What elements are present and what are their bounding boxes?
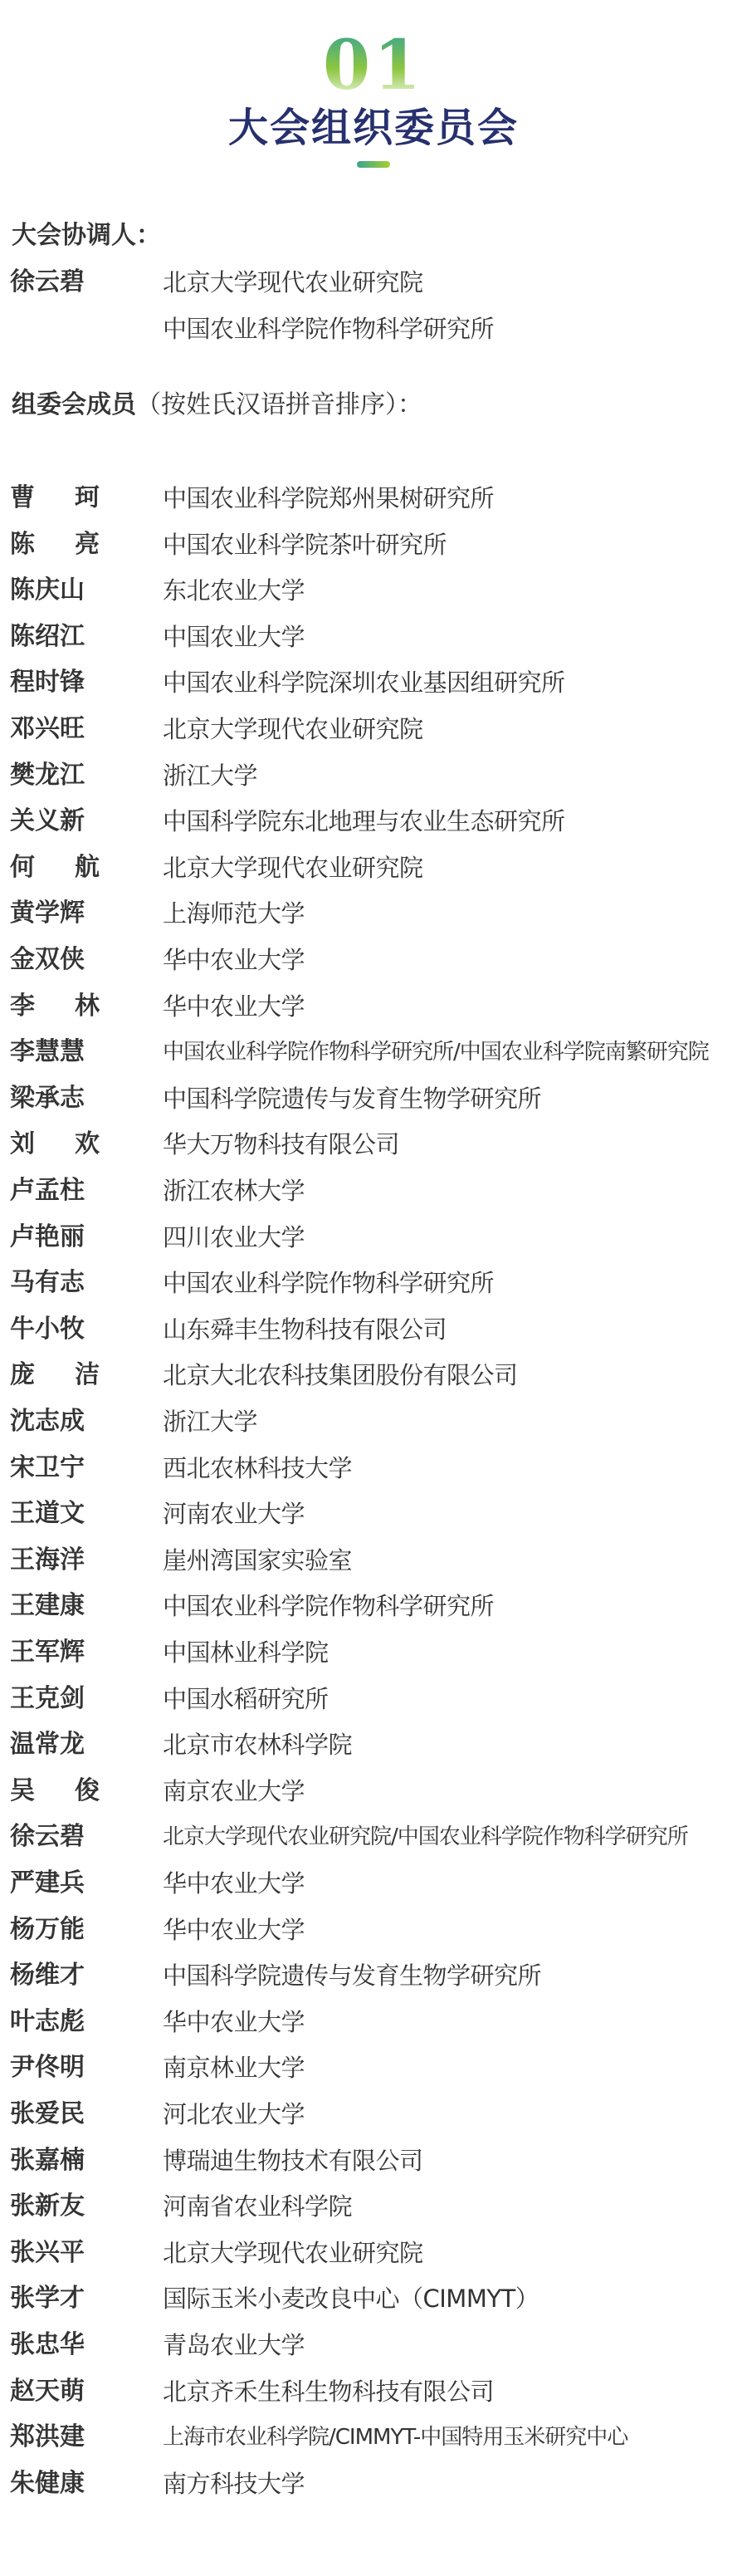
member-affiliation: 中国水稻研究所 bbox=[163, 1681, 329, 1717]
member-affiliation: 浙江大学 bbox=[163, 757, 257, 794]
member-affiliation: 北京大学现代农业研究院/中国农业科学院作物科学研究所 bbox=[163, 1819, 688, 1855]
member-row: 王军辉中国林业科学院 bbox=[0, 1634, 747, 1671]
member-name: 赵天萌 bbox=[10, 2373, 103, 2410]
member-name: 吴俊 bbox=[10, 1773, 103, 1810]
member-affiliation: 中国科学院遗传与发育生物学研究所 bbox=[163, 1957, 541, 1994]
section-header: 01 大会组织委员会 bbox=[0, 0, 747, 183]
member-row: 樊龙江浙江大学 bbox=[0, 757, 747, 794]
member-row: 王道文河南农业大学 bbox=[0, 1496, 747, 1532]
member-row: 张学才国际玉米小麦改良中心（CIMMYT） bbox=[0, 2280, 747, 2317]
member-name: 沈志成 bbox=[10, 1403, 103, 1440]
member-name: 曹珂 bbox=[10, 480, 103, 517]
member-name: 马有志 bbox=[10, 1265, 103, 1301]
committee-label: 组委会成员（按姓氏汉语拼音排序）： bbox=[12, 389, 422, 422]
member-row: 郑洪建上海市农业科学院/CIMMYT-中国特用玉米研究中心 bbox=[0, 2419, 747, 2456]
member-row: 赵天萌北京齐禾生科生物科技有限公司 bbox=[0, 2373, 747, 2410]
member-name: 王道文 bbox=[10, 1496, 103, 1532]
member-name: 陈亮 bbox=[10, 526, 103, 563]
member-name: 张爱民 bbox=[10, 2096, 103, 2133]
member-affiliation: 四川农业大学 bbox=[163, 1219, 305, 1256]
member-row: 吴俊南京农业大学 bbox=[0, 1773, 747, 1810]
member-name: 王建康 bbox=[10, 1588, 103, 1624]
member-row: 杨万能华中农业大学 bbox=[0, 1912, 747, 1948]
member-row: 叶志彪华中农业大学 bbox=[0, 2004, 747, 2040]
member-affiliation: 西北农林科技大学 bbox=[163, 1450, 352, 1486]
member-row: 陈绍江中国农业大学 bbox=[0, 619, 747, 655]
member-name: 刘欢 bbox=[10, 1126, 103, 1163]
member-affiliation: 上海市农业科学院/CIMMYT-中国特用玉米研究中心 bbox=[163, 2419, 627, 2456]
member-row: 温常龙北京市农林科学院 bbox=[0, 1726, 747, 1763]
member-name: 严建兵 bbox=[10, 1865, 103, 1902]
member-row: 卢孟柱浙江农林大学 bbox=[0, 1173, 747, 1209]
member-row: 张新友河南省农业科学院 bbox=[0, 2188, 747, 2225]
member-row: 马有志中国农业科学院作物科学研究所 bbox=[0, 1265, 747, 1301]
member-row: 杨维才中国科学院遗传与发育生物学研究所 bbox=[0, 1957, 747, 1994]
member-affiliation: 上海师范大学 bbox=[163, 895, 305, 932]
member-row: 张爱民河北农业大学 bbox=[0, 2096, 747, 2133]
member-row: 王克剑中国水稻研究所 bbox=[0, 1681, 747, 1717]
member-row: 何航北京大学现代农业研究院 bbox=[0, 850, 747, 886]
member-row: 王建康中国农业科学院作物科学研究所 bbox=[0, 1588, 747, 1624]
member-name: 王克剑 bbox=[10, 1681, 103, 1717]
member-row: 徐云碧北京大学现代农业研究院/中国农业科学院作物科学研究所 bbox=[0, 1819, 747, 1855]
member-row: 卢艳丽四川农业大学 bbox=[0, 1219, 747, 1256]
member-name: 梁承志 bbox=[10, 1080, 103, 1117]
member-affiliation: 青岛农业大学 bbox=[163, 2327, 305, 2363]
member-name: 叶志彪 bbox=[10, 2004, 103, 2040]
member-affiliation: 中国农业科学院作物科学研究所 bbox=[163, 1265, 494, 1301]
member-row: 金双侠华中农业大学 bbox=[0, 942, 747, 978]
member-name: 樊龙江 bbox=[10, 757, 103, 794]
member-affiliation: 河南农业大学 bbox=[163, 1496, 305, 1532]
member-name: 卢艳丽 bbox=[10, 1219, 103, 1256]
member-affiliation: 北京齐禾生科生物科技有限公司 bbox=[163, 2373, 494, 2410]
member-row: 邓兴旺北京大学现代农业研究院 bbox=[0, 711, 747, 747]
member-affiliation: 中国农业科学院深圳农业基因组研究所 bbox=[163, 664, 565, 701]
member-name: 张新友 bbox=[10, 2188, 103, 2225]
member-name: 牛小牧 bbox=[10, 1311, 103, 1348]
coordinator-row: 徐云碧 北京大学现代农业研究院 bbox=[0, 264, 747, 301]
section-title: 大会组织委员会 bbox=[0, 103, 747, 153]
title-underline-bar bbox=[357, 161, 390, 168]
member-affiliation: 北京大学现代农业研究院 bbox=[163, 711, 423, 747]
member-name: 王海洋 bbox=[10, 1542, 103, 1579]
member-affiliation: 博瑞迪生物技术有限公司 bbox=[163, 2143, 423, 2179]
member-row: 李林华中农业大学 bbox=[0, 988, 747, 1025]
member-affiliation: 中国科学院遗传与发育生物学研究所 bbox=[163, 1080, 541, 1117]
member-row: 梁承志中国科学院遗传与发育生物学研究所 bbox=[0, 1080, 747, 1117]
member-affiliation: 华大万物科技有限公司 bbox=[163, 1126, 399, 1163]
member-name: 杨万能 bbox=[10, 1912, 103, 1948]
member-name: 李慧慧 bbox=[10, 1034, 103, 1070]
member-affiliation: 北京大学现代农业研究院 bbox=[163, 2235, 423, 2271]
member-affiliation: 南方科技大学 bbox=[163, 2466, 305, 2502]
coordinator-name: 徐云碧 bbox=[10, 264, 103, 301]
member-row: 沈志成浙江大学 bbox=[0, 1403, 747, 1440]
member-name: 张嘉楠 bbox=[10, 2143, 103, 2179]
member-row: 张嘉楠博瑞迪生物技术有限公司 bbox=[0, 2143, 747, 2179]
member-name: 何航 bbox=[10, 850, 103, 886]
member-affiliation: 华中农业大学 bbox=[163, 942, 305, 978]
member-row: 庞洁北京大北农科技集团股份有限公司 bbox=[0, 1357, 747, 1393]
section-number: 01 bbox=[0, 32, 747, 100]
member-affiliation: 南京农业大学 bbox=[163, 1773, 305, 1810]
member-affiliation: 北京大学现代农业研究院 bbox=[163, 850, 423, 886]
member-name: 关义新 bbox=[10, 803, 103, 840]
member-name: 陈绍江 bbox=[10, 619, 103, 655]
member-affiliation: 中国农业科学院茶叶研究所 bbox=[163, 526, 447, 563]
member-affiliation: 北京市农林科学院 bbox=[163, 1726, 352, 1763]
member-row: 刘欢华大万物科技有限公司 bbox=[0, 1126, 747, 1163]
member-row: 牛小牧山东舜丰生物科技有限公司 bbox=[0, 1311, 747, 1348]
member-name: 张学才 bbox=[10, 2280, 103, 2317]
member-row: 严建兵华中农业大学 bbox=[0, 1865, 747, 1902]
member-name: 陈庆山 bbox=[10, 572, 103, 609]
member-name: 邓兴旺 bbox=[10, 711, 103, 747]
member-affiliation: 东北农业大学 bbox=[163, 572, 305, 609]
member-affiliation: 华中农业大学 bbox=[163, 988, 305, 1025]
coordinator-label: 大会协调人： bbox=[12, 219, 161, 252]
committee-label-text: 组委会成员 bbox=[12, 390, 136, 419]
member-name: 温常龙 bbox=[10, 1726, 103, 1763]
member-affiliation: 南京林业大学 bbox=[163, 2050, 305, 2086]
member-affiliation: 中国农业科学院作物科学研究所 bbox=[163, 1588, 494, 1624]
member-affiliation: 浙江农林大学 bbox=[163, 1173, 305, 1209]
member-name: 郑洪建 bbox=[10, 2419, 103, 2456]
member-affiliation: 中国林业科学院 bbox=[163, 1634, 329, 1671]
member-affiliation: 北京大北农科技集团股份有限公司 bbox=[163, 1357, 518, 1393]
member-row: 王海洋崖州湾国家实验室 bbox=[0, 1542, 747, 1579]
member-name: 金双侠 bbox=[10, 942, 103, 978]
member-row: 陈亮中国农业科学院茶叶研究所 bbox=[0, 526, 747, 563]
member-row: 尹佟明南京林业大学 bbox=[0, 2050, 747, 2086]
member-affiliation: 华中农业大学 bbox=[163, 1865, 305, 1902]
member-row: 朱健康南方科技大学 bbox=[0, 2466, 747, 2502]
committee-sort-note: （按姓氏汉语拼音排序）： bbox=[136, 390, 422, 419]
member-name: 徐云碧 bbox=[10, 1819, 103, 1855]
member-row: 张兴平北京大学现代农业研究院 bbox=[0, 2235, 747, 2271]
member-name: 尹佟明 bbox=[10, 2050, 103, 2086]
member-row: 程时锋中国农业科学院深圳农业基因组研究所 bbox=[0, 664, 747, 701]
member-row: 黄学辉上海师范大学 bbox=[0, 895, 747, 932]
member-row: 曹珂中国农业科学院郑州果树研究所 bbox=[0, 480, 747, 517]
member-name: 卢孟柱 bbox=[10, 1173, 103, 1209]
member-row: 陈庆山东北农业大学 bbox=[0, 572, 747, 609]
member-affiliation: 国际玉米小麦改良中心（CIMMYT） bbox=[163, 2280, 539, 2317]
coordinator-affiliation-1: 北京大学现代农业研究院 bbox=[163, 264, 423, 301]
member-affiliation: 华中农业大学 bbox=[163, 2004, 305, 2040]
member-name: 张兴平 bbox=[10, 2235, 103, 2271]
coordinator-affiliation-2: 中国农业科学院作物科学研究所 bbox=[163, 311, 494, 347]
member-name: 李林 bbox=[10, 988, 103, 1025]
member-affiliation: 中国科学院东北地理与农业生态研究所 bbox=[163, 803, 565, 840]
member-name: 王军辉 bbox=[10, 1634, 103, 1671]
member-row: 张忠华青岛农业大学 bbox=[0, 2327, 747, 2363]
member-row: 宋卫宁西北农林科技大学 bbox=[0, 1450, 747, 1486]
member-name: 宋卫宁 bbox=[10, 1450, 103, 1486]
member-name: 张忠华 bbox=[10, 2327, 103, 2363]
member-affiliation: 河南省农业科学院 bbox=[163, 2188, 352, 2225]
member-affiliation: 崖州湾国家实验室 bbox=[163, 1542, 352, 1579]
member-affiliation: 河北农业大学 bbox=[163, 2096, 305, 2133]
member-name: 杨维才 bbox=[10, 1957, 103, 1994]
member-name: 庞洁 bbox=[10, 1357, 103, 1393]
member-affiliation: 华中农业大学 bbox=[163, 1912, 305, 1948]
member-name: 程时锋 bbox=[10, 664, 103, 701]
member-affiliation: 浙江大学 bbox=[163, 1403, 257, 1440]
member-row: 关义新中国科学院东北地理与农业生态研究所 bbox=[0, 803, 747, 840]
member-affiliation: 中国农业科学院作物科学研究所/中国农业科学院南繁研究院 bbox=[163, 1034, 709, 1070]
member-row: 李慧慧中国农业科学院作物科学研究所/中国农业科学院南繁研究院 bbox=[0, 1034, 747, 1070]
coordinator-row-2: 中国农业科学院作物科学研究所 bbox=[0, 311, 747, 347]
member-affiliation: 中国农业大学 bbox=[163, 619, 305, 655]
member-name: 朱健康 bbox=[10, 2466, 103, 2502]
member-name: 黄学辉 bbox=[10, 895, 103, 932]
member-affiliation: 中国农业科学院郑州果树研究所 bbox=[163, 480, 494, 517]
member-affiliation: 山东舜丰生物科技有限公司 bbox=[163, 1311, 447, 1348]
